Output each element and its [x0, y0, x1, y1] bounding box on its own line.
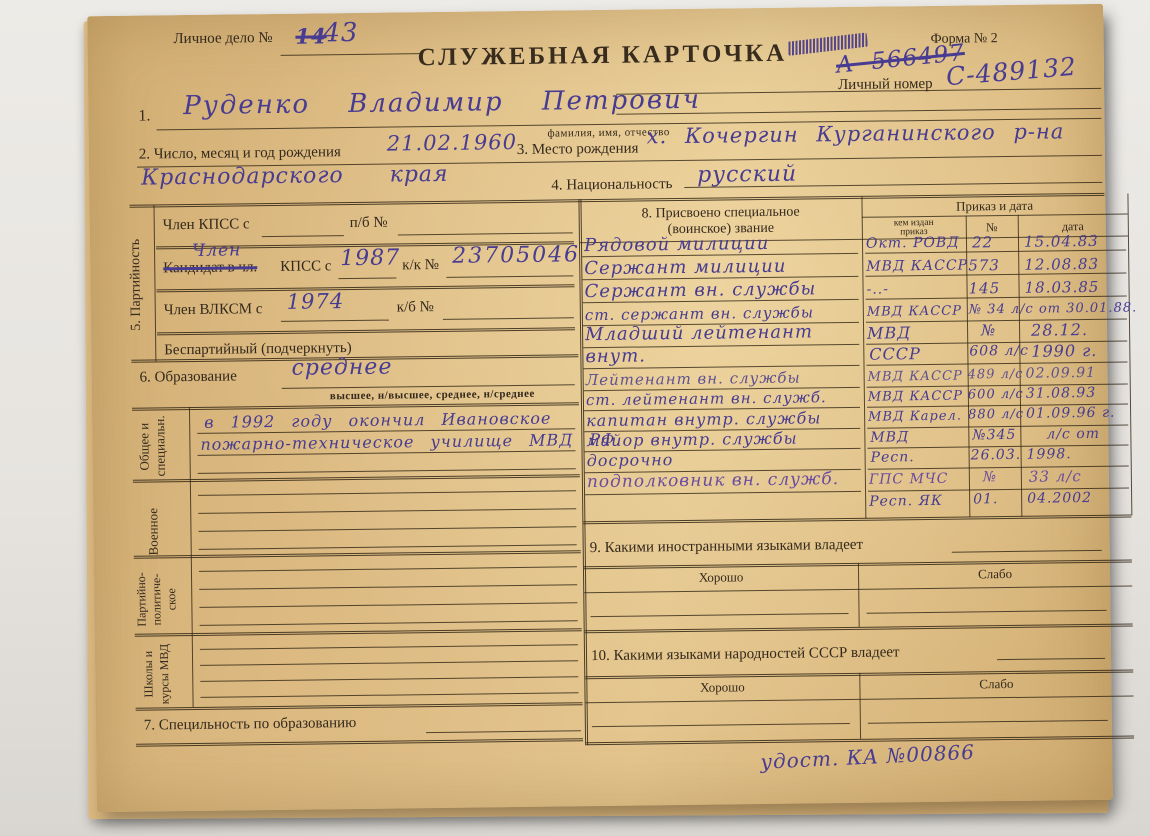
rule [443, 317, 574, 320]
rank-date: 04.2002 [1027, 490, 1092, 507]
rank-issuer: МВД [870, 429, 909, 445]
rule [198, 468, 576, 474]
rule [199, 584, 577, 590]
education-school-label1: Школы и [141, 641, 157, 707]
rank-issuer: МВД КАССР [868, 369, 963, 385]
rule [198, 526, 576, 532]
rule [446, 275, 573, 278]
personal-file-number: 43 [323, 18, 358, 48]
birthplace-line2: Краснодарского края [141, 162, 449, 191]
rank-date: 18.03.85 [1024, 278, 1099, 297]
rank-date: 1990 г. [1031, 341, 1097, 361]
rank-date: 01.09.96 г. [1026, 405, 1116, 422]
service-card: Личное дело № 14 43 СЛУЖЕБНАЯ КАРТОЧКА Ф… [87, 4, 1113, 812]
vlksm-member-label: Член ВЛКСМ с [164, 301, 263, 319]
rule [198, 490, 576, 496]
vlksm-year-value: 1974 [287, 289, 345, 314]
rule [867, 610, 1107, 614]
rank-issuer: Респ. [871, 449, 915, 466]
rank-num: 600 л/с [968, 387, 1024, 403]
rank-date: л/с от 30.01.88. [1011, 300, 1138, 317]
rank-num: №345 [972, 427, 1016, 444]
rank-row: Сержант вн. службы [584, 278, 816, 302]
rule [200, 692, 578, 698]
rule [426, 730, 581, 733]
birthplace-label: 3. Место рождения [517, 141, 639, 159]
rank-row: внут. [585, 345, 646, 367]
rank-row: Младший лейтенант [585, 321, 813, 345]
birthplace-line1: х. Кочергин Курганинского р-на [647, 119, 1065, 148]
education-polit-label3: ское [164, 563, 180, 635]
order-and-date-header: Приказ и дата [861, 197, 1127, 216]
rule [868, 720, 1108, 724]
rank-row: Рядовой милиции [584, 233, 769, 256]
item9-label: 9. Какими иностранными языками владеет [590, 537, 864, 557]
rule [952, 550, 1102, 553]
rank-issuer: -..- [866, 281, 889, 297]
item10-good-header: Хорошо [585, 678, 859, 697]
rank-issuer: МВД [867, 323, 911, 343]
rank-row: Лейтенант вн. службы [586, 369, 801, 390]
birth-date-value: 21.02.1960 [387, 130, 518, 156]
rank-issuer: МВД КАССР [868, 389, 963, 405]
education-school-label2: курсы МВД [157, 641, 173, 707]
rule [262, 235, 344, 237]
rule [157, 284, 575, 292]
rank-row: майор внутр. службы [586, 429, 797, 451]
rank-num: 01. [973, 491, 998, 507]
rank-issuer: МВД Карел. [868, 409, 962, 425]
item9-weak-header: Слабо [858, 565, 1132, 584]
rule [153, 205, 156, 361]
rule [1127, 194, 1132, 516]
rule [200, 620, 578, 626]
kpss-member-label: Член КПСС с [163, 216, 250, 234]
rank-issuer: ГПС МЧС [869, 471, 949, 488]
scan-background: Личное дело № 14 43 СЛУЖЕБНАЯ КАРТОЧКА Ф… [0, 0, 1150, 836]
rule [134, 550, 581, 558]
rank-row: досрочно [587, 450, 674, 470]
rule [868, 466, 1129, 470]
candidate-correction: Член [192, 240, 241, 261]
rule [591, 613, 849, 617]
rule [136, 702, 583, 710]
candidate-crossed-label: Кандидат в чл. [163, 259, 257, 277]
rank-issuer: Окт. РОВД [866, 235, 960, 252]
rank-row: ст. лейтенант вн. служб. [586, 388, 827, 409]
footer-certificate-note: удост. КА №00866 [760, 740, 976, 774]
education-military-label: Военное [145, 489, 162, 573]
education-value: среднее [291, 355, 392, 381]
education-general-label2: специальн. [152, 411, 169, 481]
kpss2-label: КПСС с [280, 258, 331, 276]
education-general-label: Общее и [136, 413, 153, 479]
kb-number-label: к/б № [397, 299, 434, 316]
rule [866, 296, 1127, 300]
kpss-card-number: 23705046 [452, 242, 580, 269]
rank-issuer: Респ. ЯК [869, 493, 943, 510]
rank-issuer: СССР [869, 344, 921, 364]
education-label: 6. Образование [139, 368, 236, 386]
full-name-value: Руденко Владимир Петрович [183, 85, 701, 121]
rank-date: 28.12. [1031, 320, 1088, 340]
rank-num: 608 л/с [969, 343, 1029, 360]
rule [398, 232, 573, 235]
party-side-label: 5. Партийность [128, 212, 146, 358]
rule [592, 723, 850, 727]
rule [200, 660, 578, 666]
education-polit-label2: политиче- [149, 563, 165, 635]
rule [281, 320, 389, 322]
rule [200, 676, 578, 682]
page-title: СЛУЖЕБНАЯ КАРТОЧКА [418, 40, 758, 72]
nationality-value: русский [697, 162, 797, 188]
rank-date: 1998. [1027, 446, 1072, 463]
rule [199, 566, 577, 572]
rank-row: капитан внутр. службы [586, 408, 821, 430]
personal-file-old-number: 14 [295, 23, 327, 48]
birth-date-label: 2. Число, месяц и год рождения [139, 144, 341, 163]
rank-row: подполковник вн. служб. [587, 469, 839, 492]
item1-number: 1. [138, 107, 150, 125]
nationality-label: 4. Национальность [551, 176, 672, 194]
rule [338, 277, 396, 279]
rule [997, 658, 1105, 660]
item10-label: 10. Какими языками народностей СССР влад… [591, 644, 900, 665]
item7-label: 7. Специльность по образованию [144, 715, 357, 735]
rule [135, 628, 582, 636]
rank-date: 33 л/с [1029, 467, 1082, 486]
kk-number-label: к/к № [402, 257, 439, 274]
rank-num: 880 л/с [968, 407, 1024, 423]
rule [583, 515, 1131, 525]
rule [198, 508, 576, 514]
education-polit-label1: Партийно- [134, 564, 150, 636]
rank-row: Сержант милиции [584, 256, 786, 279]
pb-number-label: п/б № [350, 215, 388, 232]
rank-date: 12.08.83 [1024, 255, 1099, 274]
education-caption: высшее, н/высшее, среднее, н/среднее [330, 388, 535, 403]
rule [200, 644, 578, 650]
rank-date: 15.04.83 [1024, 232, 1099, 251]
rule [281, 53, 421, 56]
rank-num: № [981, 321, 996, 339]
rank-num: № [983, 469, 997, 485]
personal-file-label: Личное дело № [173, 30, 272, 48]
kpss-year-value: 1987 [340, 245, 400, 271]
rank-num: 573 [968, 256, 1000, 274]
rule [199, 544, 577, 550]
item10-weak-header: Слабо [859, 675, 1133, 694]
rank-num: 26.03. [971, 447, 1022, 464]
rank-date: 31.08.93 [1026, 385, 1097, 402]
rank-date: л/с от [1046, 426, 1100, 443]
rank-issuer: МВД КАССР [866, 257, 968, 274]
rank-num: 22 [972, 233, 993, 251]
rule [136, 738, 583, 746]
rank-num: 145 [968, 279, 1000, 297]
rule [157, 327, 575, 335]
rank-num: № 34 [969, 302, 1006, 317]
rule [133, 474, 580, 482]
rank-issuer: МВД КАССР [867, 304, 962, 320]
item9-good-header: Хорошо [584, 568, 858, 587]
rule [199, 602, 577, 608]
rank-date: 02.09.91 [1026, 365, 1097, 382]
rank-num: 489 л/с [968, 367, 1024, 383]
